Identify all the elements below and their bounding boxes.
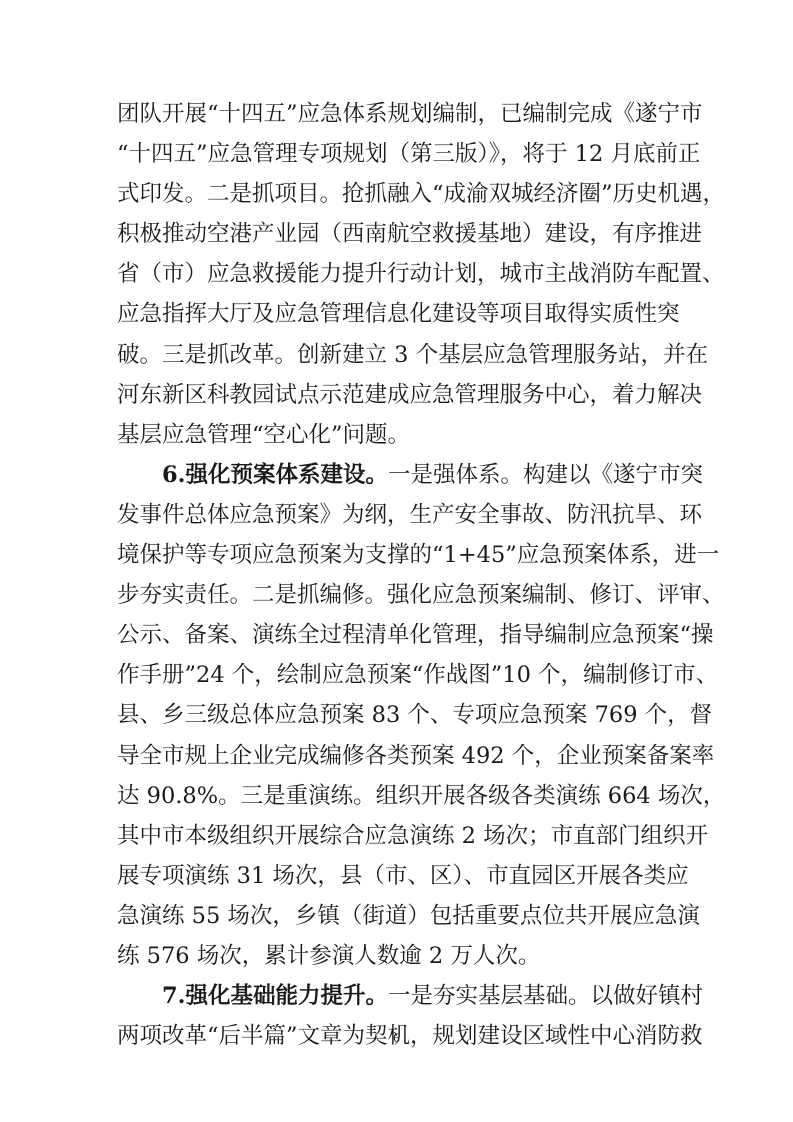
text-line: 基层应急管理“空心化”问题。 <box>117 415 679 455</box>
text-line: 导全市规上企业完成编修各类预案 492 个，企业预案备案率 <box>117 736 679 776</box>
paragraph-planning-projects-reform: 团队开展“十四五”应急体系规划编制，已编制完成《遂宁市 “十四五”应急管理专项规… <box>117 94 679 455</box>
text-line: 发事件总体应急预案》为纲，生产安全事故、防汛抗旱、环 <box>117 495 679 535</box>
text-line: 作手册”24 个，绘制应急预案“作战图”10 个，编制修订市、 <box>117 655 679 695</box>
text-line: 县、乡三级总体应急预案 83 个、专项应急预案 769 个，督 <box>117 695 679 735</box>
text-line: 其中市本级组织开展综合应急演练 2 场次；市直部门组织开 <box>117 816 679 856</box>
document-body: 团队开展“十四五”应急体系规划编制，已编制完成《遂宁市 “十四五”应急管理专项规… <box>117 94 679 1056</box>
text-run: 一是夯实基层基础。以做好镇村 <box>388 983 703 1009</box>
section-heading: 6.强化预案体系建设。 <box>162 462 388 488</box>
text-line: 急演练 55 场次，乡镇（街道）包括重要点位共开展应急演 <box>117 896 679 936</box>
section-heading: 7.强化基础能力提升。 <box>162 983 388 1009</box>
page-number: 6 <box>0 1030 793 1046</box>
paragraph-section-6-emergency-plans: 6.强化预案体系建设。一是强体系。构建以《遂宁市突 发事件总体应急预案》为纲，生… <box>117 455 679 976</box>
text-line: 应急指挥大厅及应急管理信息化建设等项目取得实质性突 <box>117 294 679 334</box>
text-line: 展专项演练 31 场次，县（市、区）、市直园区开展各类应 <box>117 856 679 896</box>
text-line: 达 90.8%。三是重演练。组织开展各级各类演练 664 场次， <box>117 776 679 816</box>
text-line: 公示、备案、演练全过程清单化管理，指导编制应急预案“操 <box>117 615 679 655</box>
text-line: 破。三是抓改革。创新建立 3 个基层应急管理服务站，并在 <box>117 335 679 375</box>
text-line: 式印发。二是抓项目。抢抓融入“成渝双城经济圈”历史机遇， <box>117 174 679 214</box>
section-heading-line: 6.强化预案体系建设。一是强体系。构建以《遂宁市突 <box>117 455 679 495</box>
text-line: 境保护等专项应急预案为支撑的“1+45”应急预案体系，进一 <box>117 535 679 575</box>
text-line: “十四五”应急管理专项规划（第三版）》，将于 12 月底前正 <box>117 134 679 174</box>
text-line: 练 576 场次，累计参演人数逾 2 万人次。 <box>117 936 679 976</box>
text-run: 一是强体系。构建以《遂宁市突 <box>388 462 703 488</box>
text-line: 步夯实责任。二是抓编修。强化应急预案编制、修订、评审、 <box>117 575 679 615</box>
text-line: 团队开展“十四五”应急体系规划编制，已编制完成《遂宁市 <box>117 94 679 134</box>
text-line: 河东新区科教园试点示范建成应急管理服务中心，着力解决 <box>117 375 679 415</box>
text-line: 省（市）应急救援能力提升行动计划，城市主战消防车配置、 <box>117 254 679 294</box>
text-line: 积极推动空港产业园（西南航空救援基地）建设，有序推进 <box>117 214 679 254</box>
section-heading-line: 7.强化基础能力提升。一是夯实基层基础。以做好镇村 <box>117 976 679 1016</box>
